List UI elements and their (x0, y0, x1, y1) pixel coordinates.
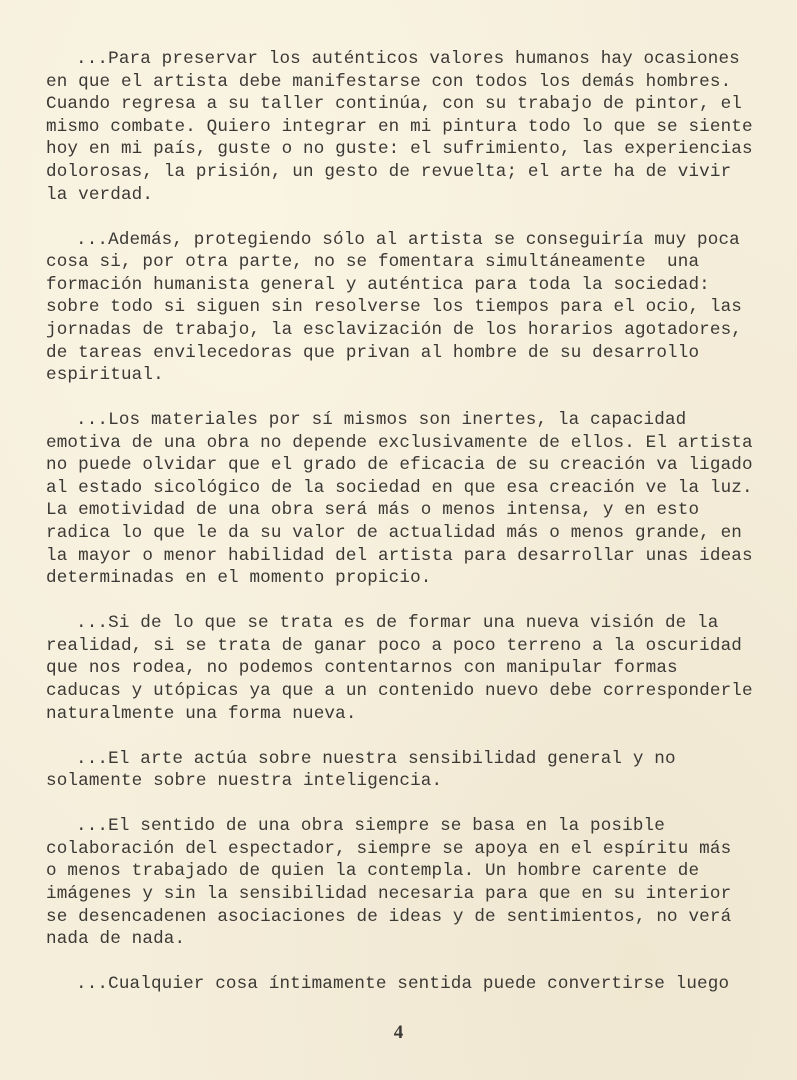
text-line: espiritual. (46, 364, 776, 387)
text-line: ...Para preservar los auténticos valores… (46, 48, 776, 71)
paragraph-1: ...Para preservar los auténticos valores… (46, 48, 776, 206)
text-line: la mayor o menor habilidad del artista p… (46, 545, 776, 568)
text-line: de tareas envilecedoras que privan al ho… (46, 342, 776, 365)
paragraph-7: ...Cualquier cosa íntimamente sentida pu… (46, 973, 776, 996)
text-line: que nos rodea, no podemos contentarnos c… (46, 657, 776, 680)
text-line: solamente sobre nuestra inteligencia. (46, 770, 776, 793)
text-line: ...El arte actúa sobre nuestra sensibili… (46, 748, 776, 771)
text-line: emotiva de una obra no depende exclusiva… (46, 432, 776, 455)
text-line: ...Además, protegiendo sólo al artista s… (46, 229, 776, 252)
text-line: radica lo que le da su valor de actualid… (46, 522, 776, 545)
text-line: caducas y utópicas ya que a un contenido… (46, 680, 776, 703)
paragraph-2: ...Además, protegiendo sólo al artista s… (46, 229, 776, 387)
text-line: ...Cualquier cosa íntimamente sentida pu… (46, 973, 776, 996)
text-line: determinadas en el momento propicio. (46, 567, 776, 590)
body-text: ...Para preservar los auténticos valores… (46, 48, 776, 1018)
text-line: ...Si de lo que se trata es de formar un… (46, 612, 776, 635)
text-line: sobre todo si siguen sin resolverse los … (46, 296, 776, 319)
text-line: al estado sicológico de la sociedad en q… (46, 477, 776, 500)
document-page: ...Para preservar los auténticos valores… (0, 0, 797, 1080)
text-line: jornadas de trabajo, la esclavización de… (46, 319, 776, 342)
paragraph-5: ...El arte actúa sobre nuestra sensibili… (46, 748, 776, 793)
paragraph-4: ...Si de lo que se trata es de formar un… (46, 612, 776, 725)
text-line: ...Los materiales por sí mismos son iner… (46, 409, 776, 432)
paragraph-6: ...El sentido de una obra siempre se bas… (46, 815, 776, 951)
text-line: La emotividad de una obra será más o men… (46, 499, 776, 522)
text-line: Cuando regresa a su taller continúa, con… (46, 93, 776, 116)
text-line: ...El sentido de una obra siempre se bas… (46, 815, 776, 838)
text-line: formación humanista general y auténtica … (46, 274, 776, 297)
text-line: se desencadenen asociaciones de ideas y … (46, 906, 776, 929)
text-line: mismo combate. Quiero integrar en mi pin… (46, 116, 776, 139)
paragraph-3: ...Los materiales por sí mismos son iner… (46, 409, 776, 590)
text-line: o menos trabajado de quien la contempla.… (46, 860, 776, 883)
text-line: hoy en mi país, guste o no guste: el suf… (46, 138, 776, 161)
text-line: nada de nada. (46, 928, 776, 951)
text-line: realidad, si se trata de ganar poco a po… (46, 635, 776, 658)
page-number: 4 (0, 1022, 797, 1044)
text-line: la verdad. (46, 184, 776, 207)
text-line: colaboración del espectador, siempre se … (46, 838, 776, 861)
text-line: en que el artista debe manifestarse con … (46, 71, 776, 94)
text-line: no puede olvidar que el grado de eficaci… (46, 454, 776, 477)
text-line: imágenes y sin la sensibilidad necesaria… (46, 883, 776, 906)
text-line: dolorosas, la prisión, un gesto de revue… (46, 161, 776, 184)
text-line: cosa si, por otra parte, no se fomentara… (46, 251, 776, 274)
text-line: naturalmente una forma nueva. (46, 703, 776, 726)
